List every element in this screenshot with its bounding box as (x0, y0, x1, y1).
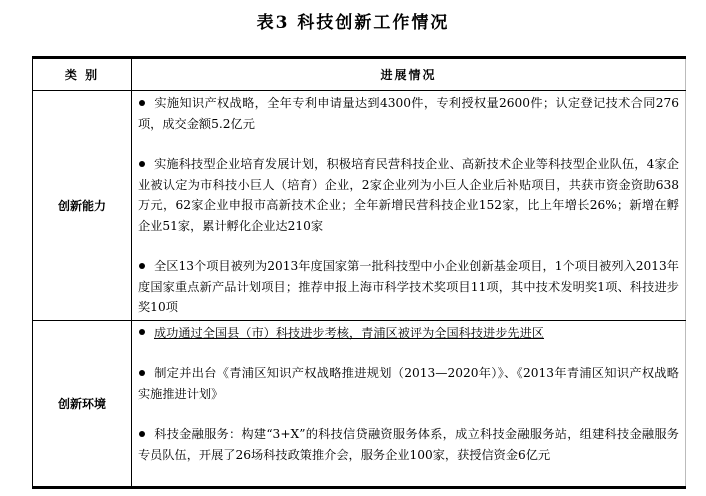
list-item: 实施科技型企业培育发展计划，积极培育民营科技企业、高新技术企业等科技型企业队伍，… (138, 154, 679, 236)
table-title: 表3 科技创新工作情况 (0, 8, 706, 33)
table-row: 创新环境 成功通过全国县（市）科技进步考核，青浦区被评为全国科技进步先进区 制定… (33, 320, 686, 487)
category-cell: 创新能力 (33, 91, 132, 321)
list-item: 制定并出台《青浦区知识产权战略推进规划（2013—2020年）》、《2013年青… (138, 363, 679, 404)
progress-cell: 成功通过全国县（市）科技进步考核，青浦区被评为全国科技进步先进区 制定并出台《青… (132, 320, 686, 487)
list-item: 全区13个项目被列为2013年度国家第一批科技型中小企业创新基金项目，1个项目被… (138, 256, 679, 318)
progress-cell: 实施知识产权战略，全年专利申请量达到4300件，专利授权量2600件；认定登记技… (132, 91, 686, 321)
list-item: 成功通过全国县（市）科技进步考核，青浦区被评为全国科技进步先进区 (138, 323, 679, 344)
table-row: 创新能力 实施知识产权战略，全年专利申请量达到4300件，专利授权量2600件；… (33, 91, 686, 321)
bullet-icon (139, 100, 145, 106)
header-progress: 进展情况 (132, 58, 686, 91)
bullet-icon (139, 370, 145, 376)
innovation-table: 类 别 进展情况 创新能力 实施知识产权战略，全年专利申请量达到4300件，专利… (32, 56, 686, 489)
list-item: 科技金融服务：构建“3+X”的科技信贷融资服务体系，成立科技金融服务站，组建科技… (138, 424, 679, 465)
category-cell: 创新环境 (33, 320, 132, 487)
header-category: 类 别 (33, 58, 132, 91)
bullet-icon (139, 329, 145, 335)
bullet-icon (139, 431, 145, 437)
bullet-icon (139, 263, 145, 269)
table-header-row: 类 别 进展情况 (33, 58, 686, 91)
bullet-icon (139, 161, 145, 167)
list-item: 实施知识产权战略，全年专利申请量达到4300件，专利授权量2600件；认定登记技… (138, 93, 679, 134)
